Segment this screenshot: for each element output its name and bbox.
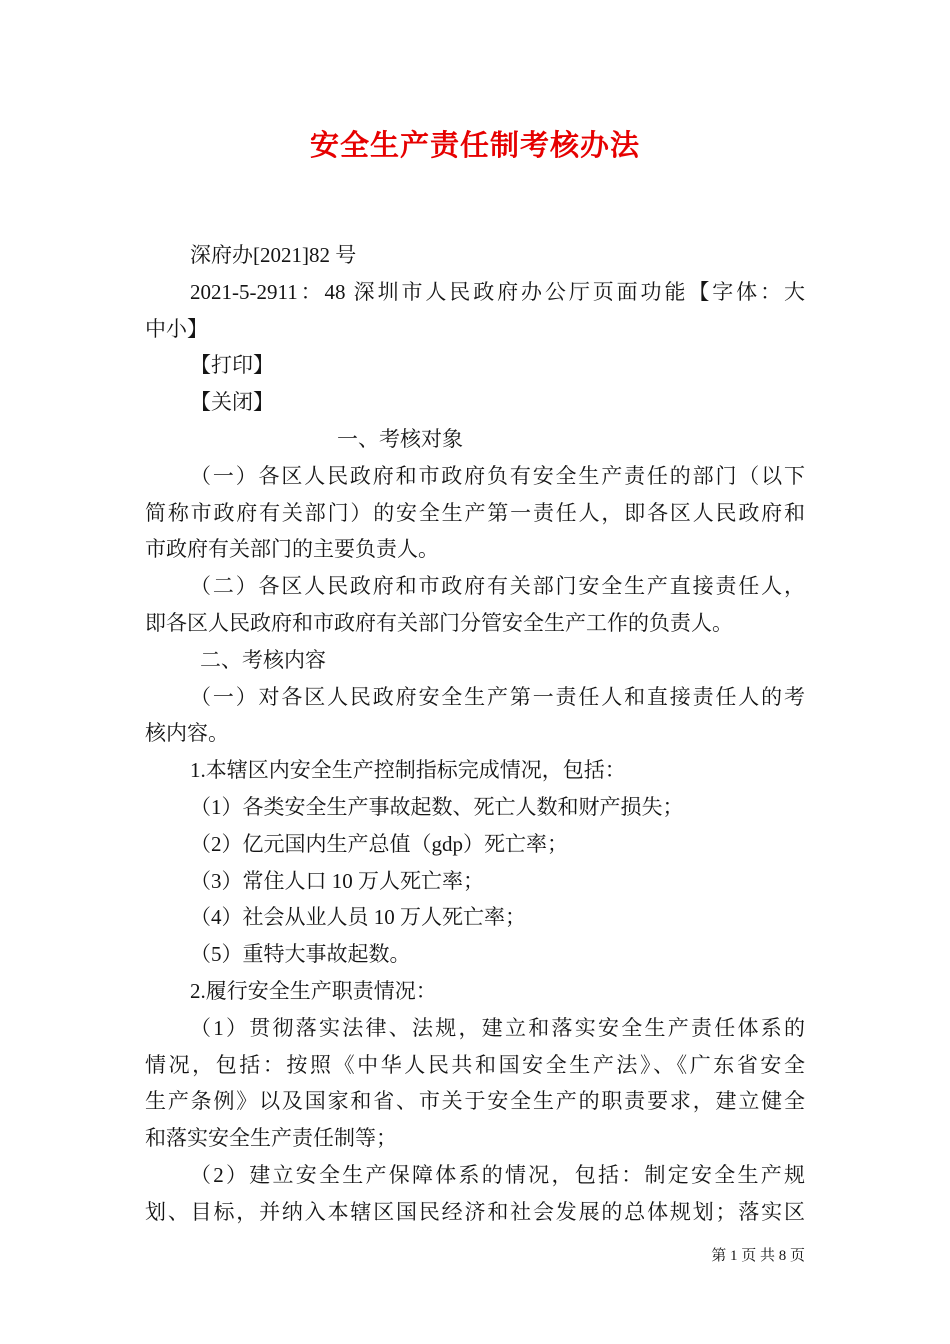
text-line: 划、目标，并纳入本辖区国民经济和社会发展的总体规划；落实区 bbox=[145, 1194, 805, 1231]
text-line: 即各区人民政府和市政府有关部门分管安全生产工作的负责人。 bbox=[145, 605, 805, 642]
text-line: 中小】 bbox=[145, 311, 805, 348]
text-line: （2）亿元国内生产总值（gdp）死亡率； bbox=[145, 826, 805, 863]
text-line: 一、考核对象 bbox=[145, 421, 805, 458]
text-line: （3）常住人口 10 万人死亡率； bbox=[145, 863, 805, 900]
page-number: 第 1 页 共 8 页 bbox=[145, 1246, 805, 1266]
text-line: 1.本辖区内安全生产控制指标完成情况，包括： bbox=[145, 752, 805, 789]
text-line: （一）对各区人民政府安全生产第一责任人和直接责任人的考 bbox=[145, 679, 805, 716]
text-line: 【打印】 bbox=[145, 347, 805, 384]
text-line: 简称市政府有关部门）的安全生产第一责任人，即各区人民政府和 bbox=[145, 495, 805, 532]
text-line: 市政府有关部门的主要负责人。 bbox=[145, 531, 805, 568]
text-line: 2021-5-2911：48 深圳市人民政府办公厅页面功能【字体：大 bbox=[145, 274, 805, 311]
text-line: 二、考核内容 bbox=[145, 642, 805, 679]
text-line: （一）各区人民政府和市政府负有安全生产责任的部门（以下 bbox=[145, 458, 805, 495]
text-line: （1）贯彻落实法律、法规，建立和落实安全生产责任体系的 bbox=[145, 1010, 805, 1047]
text-line: （2）建立安全生产保障体系的情况，包括：制定安全生产规 bbox=[145, 1157, 805, 1194]
text-line: 【关闭】 bbox=[145, 384, 805, 421]
document-title: 安全生产责任制考核办法 bbox=[0, 128, 950, 164]
text-line: 2.履行安全生产职责情况： bbox=[145, 973, 805, 1010]
text-line: （4）社会从业人员 10 万人死亡率； bbox=[145, 899, 805, 936]
text-line: （5）重特大事故起数。 bbox=[145, 936, 805, 973]
text-line: （二）各区人民政府和市政府有关部门安全生产直接责任人， bbox=[145, 568, 805, 605]
text-line: 生产条例》以及国家和省、市关于安全生产的职责要求，建立健全 bbox=[145, 1083, 805, 1120]
text-line: （1）各类安全生产事故起数、死亡人数和财产损失； bbox=[145, 789, 805, 826]
text-line: 和落实安全生产责任制等； bbox=[145, 1120, 805, 1157]
document-body: 深府办[2021]82 号2021-5-2911：48 深圳市人民政府办公厅页面… bbox=[145, 237, 805, 1231]
text-line: 情况，包括：按照《中华人民共和国安全生产法》、《广东省安全 bbox=[145, 1047, 805, 1084]
text-line: 深府办[2021]82 号 bbox=[145, 237, 805, 274]
text-line: 核内容。 bbox=[145, 715, 805, 752]
